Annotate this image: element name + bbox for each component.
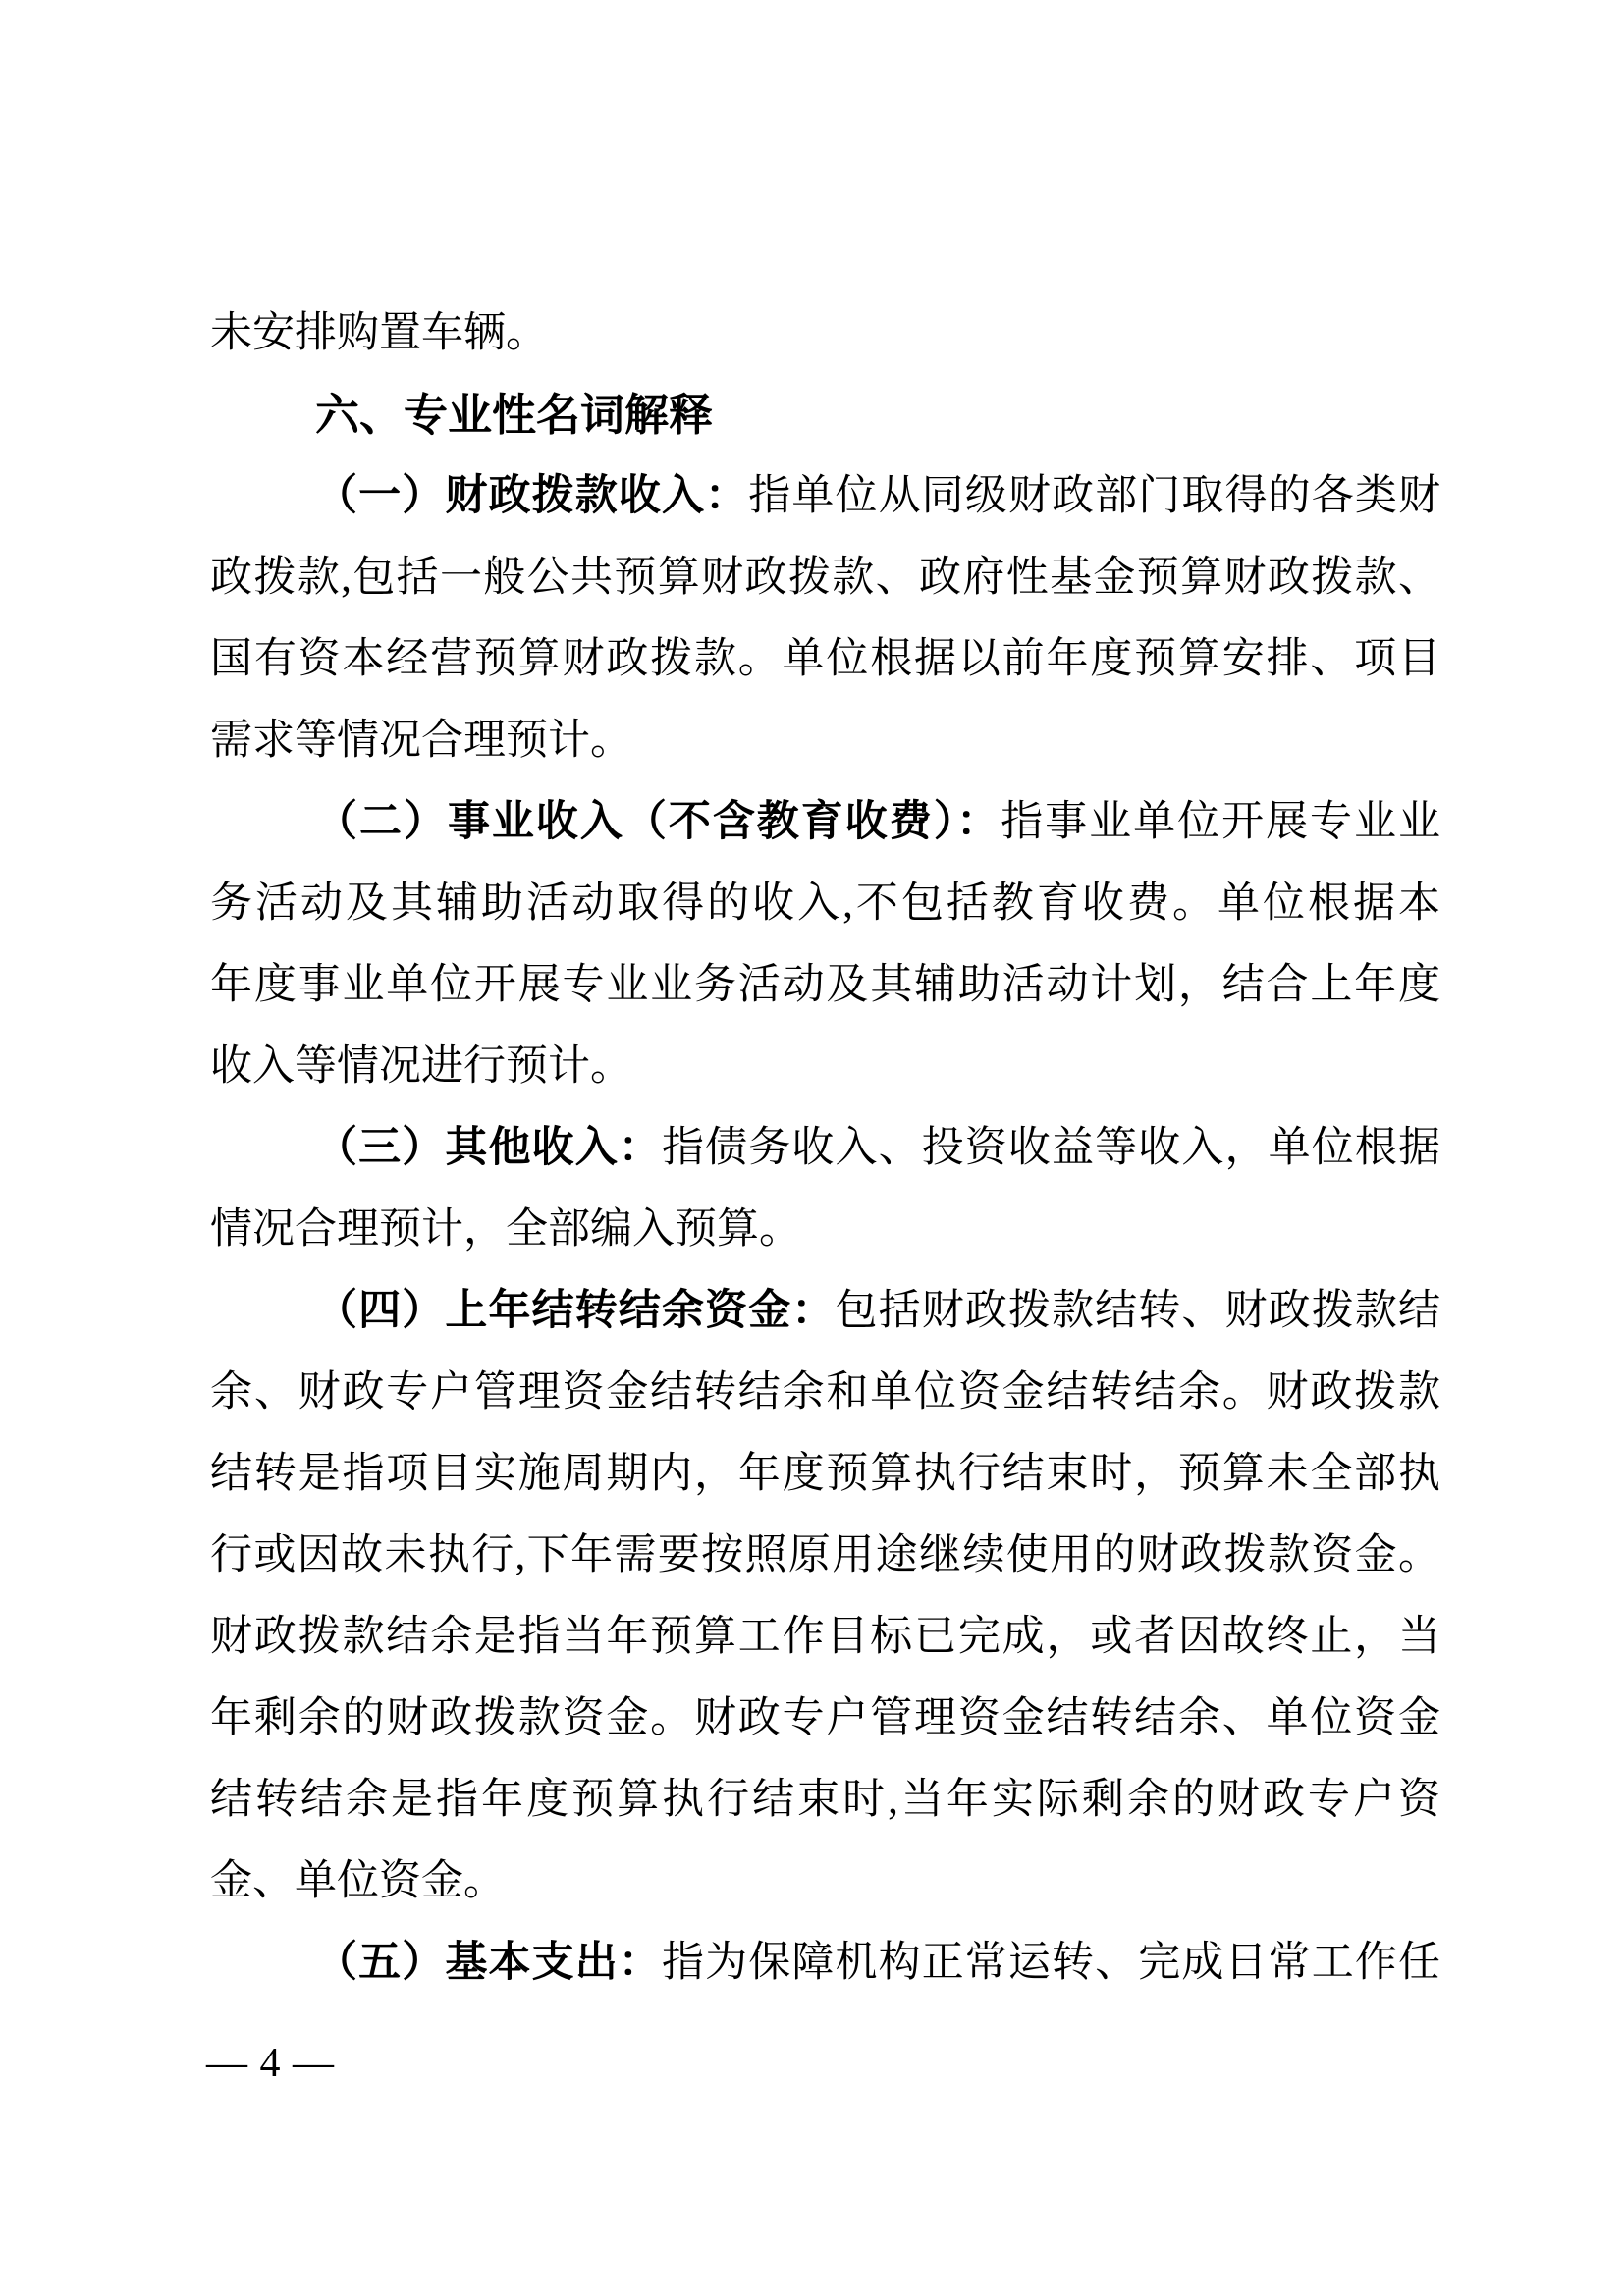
paragraph-line: 年度事业单位开展专业业务活动及其辅助活动计划，结合上年度 bbox=[210, 944, 1440, 1026]
line-text: 年剩余的财政拨款资金。财政专户管理资金结转结余、单位资金 bbox=[210, 1695, 1440, 1741]
line-text: 结转结余是指年度预算执行结束时,当年实际剩余的财政专户资 bbox=[210, 1777, 1440, 1823]
paragraph-last-line: 需求等情况合理预计。 bbox=[210, 700, 1440, 781]
paragraph-line: （二）事业收入（不含教育收费）：指事业单位开展专业业 bbox=[210, 781, 1440, 863]
paragraph-line: 年剩余的财政拨款资金。财政专户管理资金结转结余、单位资金 bbox=[210, 1678, 1440, 1759]
term-label: （五）基本支出： bbox=[315, 1940, 662, 1986]
line-text: 指为保障机构正常运转、完成日常工作任 bbox=[662, 1940, 1440, 1986]
paragraph-line: 财政拨款结余是指当年预算工作目标已完成，或者因故终止，当 bbox=[210, 1596, 1440, 1678]
line-text: 指债务收入、投资收益等收入，单位根据 bbox=[662, 1125, 1440, 1171]
term-label: （四）上年结转结余资金： bbox=[315, 1288, 835, 1334]
paragraph-line: （一）财政拨款收入：指单位从同级财政部门取得的各类财 bbox=[210, 455, 1440, 537]
line-text: 政拨款,包括一般公共预算财政拨款、政府性基金预算财政拨款、 bbox=[210, 555, 1440, 601]
term-label: （二）事业收入（不含教育收费）： bbox=[315, 799, 1001, 845]
document-body: 未安排购置车辆。 六、专业性名词解释 （一）财政拨款收入：指单位从同级财政部门取… bbox=[210, 293, 1440, 2003]
line-text: 需求等情况合理预计。 bbox=[210, 718, 632, 764]
paragraph-line: （四）上年结转结余资金：包括财政拨款结转、财政拨款结 bbox=[210, 1270, 1440, 1352]
paragraph-line: 结转是指项目实施周期内，年度预算执行结束时，预算未全部执 bbox=[210, 1433, 1440, 1515]
line-text: 年度事业单位开展专业业务活动及其辅助活动计划，结合上年度 bbox=[210, 962, 1440, 1008]
term-label: （三）其他收入： bbox=[315, 1125, 662, 1171]
section-heading-text: 六、专业性名词解释 bbox=[315, 390, 713, 440]
line-text: 未安排购置车辆。 bbox=[210, 310, 548, 356]
line-text: 财政拨款结余是指当年预算工作目标已完成，或者因故终止，当 bbox=[210, 1614, 1440, 1660]
line-text: 务活动及其辅助活动取得的收入,不包括教育收费。单位根据本 bbox=[210, 881, 1440, 927]
paragraph-last-line: 收入等情况进行预计。 bbox=[210, 1026, 1440, 1107]
line-text: 指事业单位开展专业业 bbox=[1001, 799, 1440, 845]
paragraph-line: 余、财政专户管理资金结转结余和单位资金结转结余。财政拨款 bbox=[210, 1352, 1440, 1433]
paragraph-line: 政拨款,包括一般公共预算财政拨款、政府性基金预算财政拨款、 bbox=[210, 537, 1440, 618]
paragraph-continuation-line: 未安排购置车辆。 bbox=[210, 293, 1440, 374]
line-text: 金、单位资金。 bbox=[210, 1858, 506, 1904]
term-label: （一）财政拨款收入： bbox=[315, 473, 748, 519]
paragraph-line: 行或因故未执行,下年需要按照原用途继续使用的财政拨款资金。 bbox=[210, 1515, 1440, 1596]
line-text: 行或因故未执行,下年需要按照原用途继续使用的财政拨款资金。 bbox=[210, 1532, 1440, 1578]
line-text: 结转是指项目实施周期内，年度预算执行结束时，预算未全部执 bbox=[210, 1451, 1440, 1497]
paragraph-line: 务活动及其辅助活动取得的收入,不包括教育收费。单位根据本 bbox=[210, 863, 1440, 944]
section-heading: 六、专业性名词解释 bbox=[210, 374, 1440, 455]
line-text: 包括财政拨款结转、财政拨款结 bbox=[835, 1288, 1440, 1334]
document-page: 未安排购置车辆。 六、专业性名词解释 （一）财政拨款收入：指单位从同级财政部门取… bbox=[0, 0, 1624, 2296]
paragraph-line: 国有资本经营预算财政拨款。单位根据以前年度预算安排、项目 bbox=[210, 618, 1440, 700]
paragraph-line: （三）其他收入：指债务收入、投资收益等收入，单位根据 bbox=[210, 1107, 1440, 1189]
paragraph-line: 结转结余是指年度预算执行结束时,当年实际剩余的财政专户资 bbox=[210, 1759, 1440, 1841]
paragraph-last-line: 情况合理预计，全部编入预算。 bbox=[210, 1189, 1440, 1270]
line-text: 收入等情况进行预计。 bbox=[210, 1043, 632, 1090]
line-text: 余、财政专户管理资金结转结余和单位资金结转结余。财政拨款 bbox=[210, 1369, 1440, 1415]
line-text: 指单位从同级财政部门取得的各类财 bbox=[748, 473, 1440, 519]
line-text: 情况合理预计，全部编入预算。 bbox=[210, 1206, 801, 1253]
page-number: — 4 — bbox=[206, 2034, 335, 2093]
paragraph-line: （五）基本支出：指为保障机构正常运转、完成日常工作任 bbox=[210, 1922, 1440, 2003]
line-text: 国有资本经营预算财政拨款。单位根据以前年度预算安排、项目 bbox=[210, 636, 1440, 682]
paragraph-last-line: 金、单位资金。 bbox=[210, 1841, 1440, 1922]
